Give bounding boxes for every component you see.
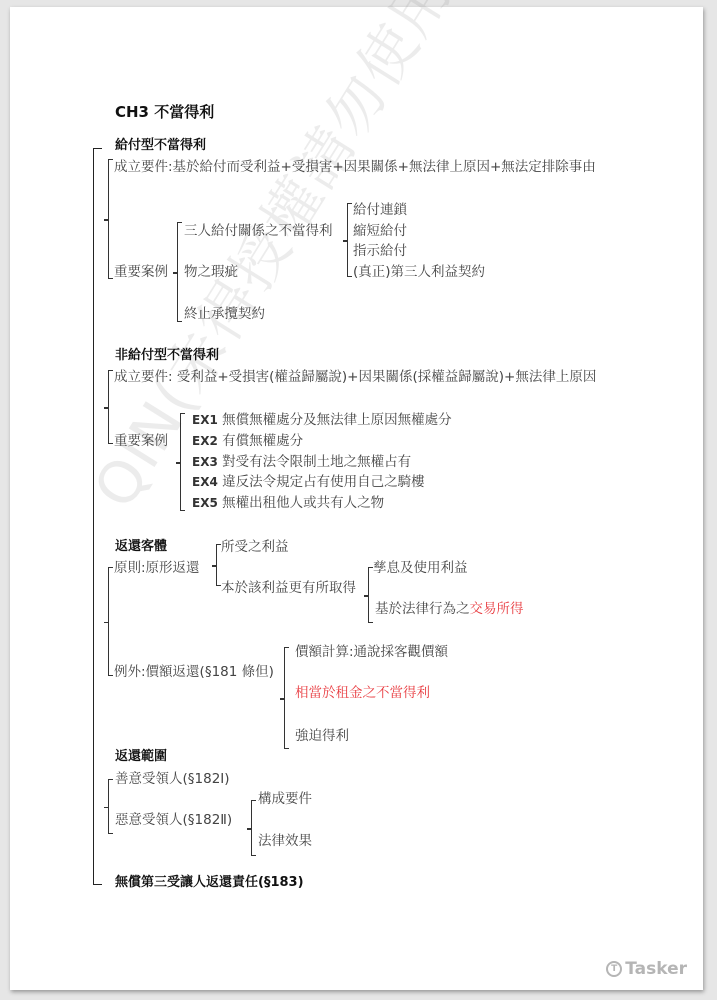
sub-case-item: 指示給付 [353, 243, 407, 259]
section-heading-third-party: 無償第三受讓人返還責任(§183) [115, 875, 304, 891]
example-item: EX3 對受有法令限制土地之無權占有 [192, 454, 411, 470]
principle-text: 原則:原形返還 [114, 560, 200, 576]
bracket [177, 222, 182, 322]
bracket [108, 370, 113, 444]
section-heading-non-performance: 非給付型不當得利 [115, 348, 219, 364]
cases-label: 重要案例 [114, 264, 168, 280]
page-title: CH3 不當得利 [115, 104, 214, 120]
tasker-logo-icon: T [606, 961, 622, 977]
bracket [284, 647, 289, 749]
bad-faith-item: 法律效果 [258, 833, 312, 849]
bad-faith-item: 構成要件 [258, 791, 312, 807]
example-item: EX2 有償無權處分 [192, 433, 303, 449]
further-gain-item: 基於法律行為之交易所得 [375, 601, 524, 617]
section-heading-object: 返還客體 [115, 539, 167, 555]
sub-case-item: (真正)第三人利益契約 [353, 264, 485, 280]
bracket [347, 203, 352, 277]
case-item: 三人給付關係之不當得利 [184, 223, 333, 239]
exception-item: 價額計算:通說採客觀價額 [295, 644, 448, 660]
bracket [251, 800, 256, 856]
bracket [108, 567, 113, 676]
principle-item: 所受之利益 [221, 539, 289, 555]
section-heading-scope: 返還範圍 [115, 749, 167, 765]
requirements-text: 成立要件:基於給付而受利益+受損害+因果關係+無法律上原因+無法定排除事由 [114, 159, 596, 175]
section-heading-performance: 給付型不當得利 [115, 138, 206, 154]
case-item: 物之瑕疵 [184, 264, 238, 280]
good-faith-text: 善意受領人(§182Ⅰ) [115, 771, 230, 787]
example-item: EX5 無權出租他人或共有人之物 [192, 495, 384, 511]
example-item: EX1 無償無權處分及無法律上原因無權處分 [192, 412, 452, 428]
case-item: 終止承攬契約 [184, 306, 265, 322]
bad-faith-text: 惡意受領人(§182Ⅱ) [115, 812, 232, 828]
exception-text: 例外:價額返還(§181 條但) [114, 664, 274, 680]
main-bracket [93, 148, 102, 885]
example-item: EX4 違反法令規定占有使用自己之騎樓 [192, 474, 425, 490]
bracket [180, 413, 185, 511]
principle-item: 本於該利益更有所取得 [221, 580, 356, 596]
exception-item: 強迫得利 [295, 728, 349, 744]
sub-case-item: 給付連鎖 [353, 202, 407, 218]
cases-label: 重要案例 [114, 433, 168, 449]
tasker-logo: T Tasker [606, 959, 687, 979]
document-page: QIN(未得授權請勿使用) CH3 不當得利 給付型不當得利 成立要件:基於給付… [10, 7, 703, 990]
requirements-text: 成立要件: 受利益+受損害(權益歸屬說)+因果關係(採權益歸屬說)+無法律上原因 [114, 369, 596, 385]
further-gain-item: 孳息及使用利益 [373, 560, 468, 576]
bracket [108, 159, 113, 279]
exception-item-highlight: 相當於租金之不當得利 [295, 685, 430, 701]
bracket [108, 779, 113, 834]
sub-case-item: 縮短給付 [353, 223, 407, 239]
